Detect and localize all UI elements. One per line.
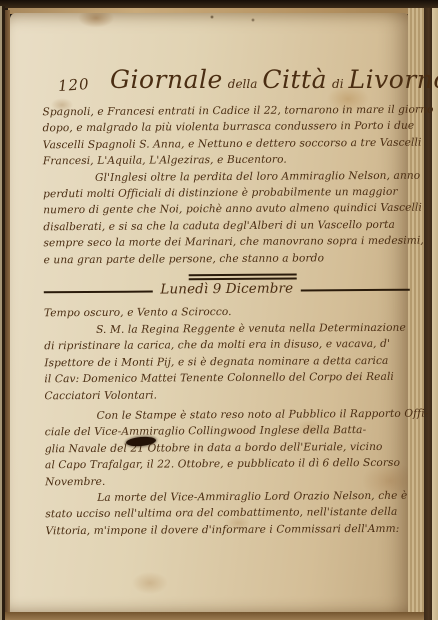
page-title: GiornaledellaCittàdiLivorno (110, 65, 410, 94)
manuscript-line: Vascelli Spagnoli S. Anna, e Nettuno e d… (43, 135, 409, 154)
right-cover-edge (424, 8, 432, 620)
title-word: della (228, 77, 258, 91)
double-rule (189, 274, 297, 281)
manuscript-line: il Cav: Domenico Mattei Tenente Colonnel… (44, 369, 410, 388)
bottom-page-edge (5, 612, 424, 620)
title-word: Giornale (110, 65, 223, 94)
manuscript-line: Cacciatori Volontari. (44, 385, 410, 404)
paragraph: Gl'Inglesi oltre la perdita del loro Amm… (43, 167, 410, 268)
photo-right-edge (432, 8, 438, 620)
page-number: 120 (57, 75, 90, 95)
book-top-edge (0, 0, 438, 8)
paragraph: Con le Stampe è stato reso noto al Pubbl… (45, 406, 412, 491)
title-word: di (332, 77, 344, 91)
manuscript-body: Spagnoli, e Francesi entrati in Cadice i… (42, 102, 411, 540)
paragraph: La morte del Vice-Ammiraglio Lord Orazio… (45, 488, 411, 540)
heading-rule-left (44, 291, 153, 294)
date-heading-text: Lunedì 9 Dicembre (160, 281, 293, 298)
manuscript-line: Vittoria, m'impone il dovere d'informare… (45, 520, 411, 539)
manuscript-line: sempre seco la morte dei Marinari, che m… (43, 233, 409, 252)
date-heading: Lunedì 9 Dicembre (44, 273, 410, 301)
paragraph: S. M. la Regina Reggente è venuta nella … (44, 320, 411, 405)
manuscript-line: al Capo Trafalgar, il 22. Ottobre, e pub… (45, 455, 411, 474)
book-photo: 120 GiornaledellaCittàdiLivorno Spagnoli… (0, 0, 438, 620)
title-word: Livorno (349, 65, 438, 94)
manuscript-line: e una gran parte delle persone, che stan… (44, 249, 410, 268)
title-word: Città (262, 65, 327, 94)
heading-rule-right (301, 289, 410, 292)
manuscript-page: 120 GiornaledellaCittàdiLivorno Spagnoli… (10, 13, 408, 612)
paragraph: Spagnoli, e Francesi entrati in Cadice i… (42, 102, 408, 170)
